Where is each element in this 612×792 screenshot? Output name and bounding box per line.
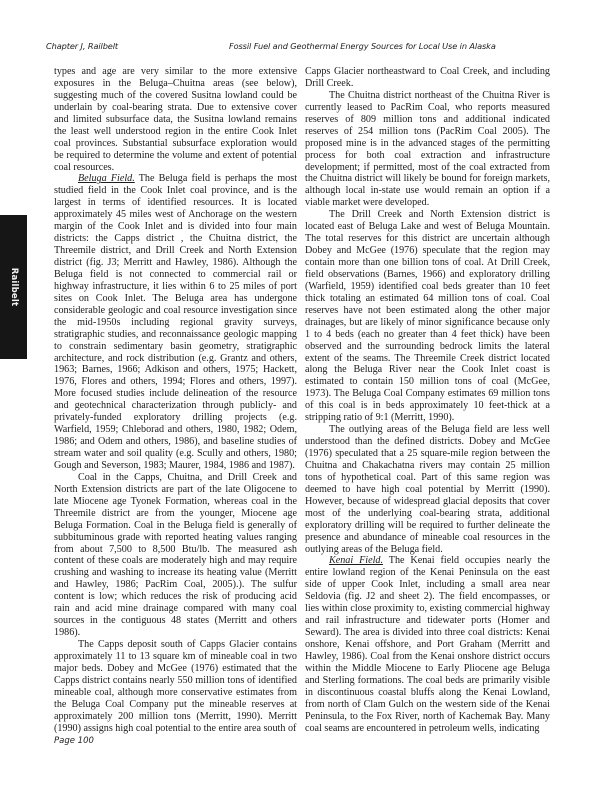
paragraph-text: The Capps deposit south of Capps Glacier…	[54, 639, 297, 734]
paragraph-text: The Chuitna district northeast of the Ch…	[305, 90, 550, 208]
chapter-side-tab: Railbelt	[0, 215, 27, 359]
left-column: types and age are very similar to the mo…	[54, 66, 297, 735]
paragraph: Kenai Field. The Kenai field occupies ne…	[305, 555, 550, 734]
paragraph: The outlying areas of the Beluga field a…	[305, 424, 550, 555]
paragraph: types and age are very similar to the mo…	[54, 66, 297, 173]
paragraph-text: Capps Glacier northeastward to Coal Cree…	[305, 66, 550, 89]
paragraph-text: The Beluga field is perhaps the most stu…	[54, 173, 297, 471]
page-number: Page 100	[54, 736, 94, 746]
section-heading-kenai-field: Kenai Field.	[329, 555, 383, 566]
paragraph-text: The outlying areas of the Beluga field a…	[305, 424, 550, 554]
paragraph: Capps Glacier northeastward to Coal Cree…	[305, 66, 550, 90]
right-column: Capps Glacier northeastward to Coal Cree…	[305, 66, 550, 735]
paragraph: Beluga Field. The Beluga field is perhap…	[54, 173, 297, 471]
side-tab-label: Railbelt	[9, 268, 19, 307]
chapter-label: Chapter J, Railbelt	[46, 41, 118, 51]
paragraph-text: Coal in the Capps, Chuitna, and Drill Cr…	[54, 472, 297, 638]
paragraph: The Capps deposit south of Capps Glacier…	[54, 639, 297, 735]
running-header: Chapter J, Railbelt Fossil Fuel and Geot…	[46, 41, 550, 55]
paragraph: The Chuitna district northeast of the Ch…	[305, 90, 550, 209]
paragraph-text: The Drill Creek and North Extension dist…	[305, 209, 550, 423]
paragraph-text: The Kenai field occupies nearly the enti…	[305, 555, 550, 733]
paragraph-text: types and age are very similar to the mo…	[54, 66, 297, 173]
paragraph: The Drill Creek and North Extension dist…	[305, 209, 550, 424]
paragraph: Coal in the Capps, Chuitna, and Drill Cr…	[54, 472, 297, 639]
document-title: Fossil Fuel and Geothermal Energy Source…	[229, 41, 496, 51]
section-heading-beluga-field: Beluga Field.	[78, 173, 135, 184]
